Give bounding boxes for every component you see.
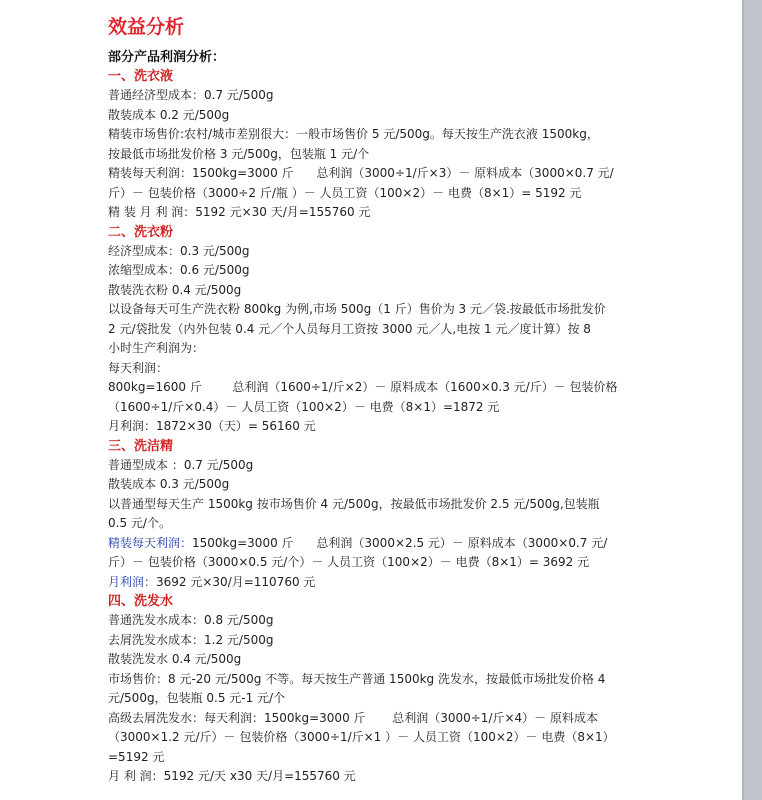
text-line: 每天利润： — [108, 359, 668, 379]
text-line: 月 利 润：5192 元/天 x30 天/月=155760 元 — [108, 767, 668, 787]
text-line: 浓缩型成本：0.6 元/500g — [108, 261, 668, 281]
text-line: 精装市场售价:农村/城市差别很大：一般市场售价 5 元/500g。每天按生产洗衣… — [108, 125, 668, 145]
text-line: 散装洗衣粉 0.4 元/500g — [108, 281, 668, 301]
text-line: 斤）－ 包装价格（3000÷2 斤/瓶 ）－ 人员工资（100×2）－ 电费（8… — [108, 184, 668, 204]
text-line: 散装成本 0.3 元/500g — [108, 475, 668, 495]
section-heading: 一、洗衣液 — [108, 67, 668, 86]
text-line: 按最低市场批发价格 3 元/500g，包装瓶 1 元/个 — [108, 145, 668, 165]
section-washing-powder: 二、洗衣粉 经济型成本：0.3 元/500g 浓缩型成本：0.6 元/500g … — [108, 223, 668, 437]
text-line: 800kg=1600 斤 总利润（1600÷1/斤×2）－ 原料成本（1600×… — [108, 378, 668, 398]
daily-profit-line: 精装每天利润：1500kg=3000 斤 总利润（3000×2.5 元）－ 原料… — [108, 534, 668, 554]
text-line: 散装成本 0.2 元/500g — [108, 106, 668, 126]
page-title: 效益分析 — [108, 12, 668, 42]
monthly-profit-line: 月利润：3692 元×30/月=110760 元 — [108, 573, 668, 593]
section-heading: 二、洗衣粉 — [108, 223, 668, 242]
section-dish-detergent: 三、洗洁精 普通型成本 ：0.7 元/500g 散装成本 0.3 元/500g … — [108, 437, 668, 593]
daily-profit-text: 1500kg=3000 斤 总利润（3000×2.5 元）－ 原料成本（3000… — [192, 536, 607, 550]
text-line: 月利润：1872×30（天）= 56160 元 — [108, 417, 668, 437]
text-line: 散装洗发水 0.4 元/500g — [108, 650, 668, 670]
section-heading: 三、洗洁精 — [108, 437, 668, 456]
text-line: 0.5 元/个。 — [108, 514, 668, 534]
vertical-scrollbar[interactable] — [742, 0, 762, 800]
document-page: 效益分析 部分产品利润分析： 一、洗衣液 普通经济型成本：0.7 元/500g … — [0, 0, 742, 800]
text-line: 去屑洗发水成本：1.2 元/500g — [108, 631, 668, 651]
text-line: （3000×1.2 元/斤）－ 包装价格（3000÷1/斤×1 ）－ 人员工资（… — [108, 728, 668, 748]
text-line: 以普通型每天生产 1500kg 按市场售价 4 元/500g，按最低市场批发价 … — [108, 495, 668, 515]
daily-profit-label: 精装每天利润： — [108, 536, 192, 550]
monthly-profit-label: 月利润： — [108, 575, 156, 589]
text-line: =5192 元 — [108, 748, 668, 768]
text-line: 高级去屑洗发水：每天利润：1500kg=3000 斤 总利润（3000÷1/斤×… — [108, 709, 668, 729]
text-line: 普通洗发水成本：0.8 元/500g — [108, 611, 668, 631]
text-line: 以设备每天可生产洗衣粉 800kg 为例,市场 500g（1 斤）售价为 3 元… — [108, 300, 668, 320]
text-line: （1600÷1/斤×0.4）－ 人员工资（100×2）－ 电费（8×1）=187… — [108, 398, 668, 418]
section-shampoo: 四、洗发水 普通洗发水成本：0.8 元/500g 去屑洗发水成本：1.2 元/5… — [108, 592, 668, 787]
document-subtitle: 部分产品利润分析： — [108, 48, 668, 67]
text-line: 普通型成本 ：0.7 元/500g — [108, 456, 668, 476]
text-line: 2 元/袋批发（内外包装 0.4 元／个人员每月工资按 3000 元／人,电按 … — [108, 320, 668, 340]
text-line: 精 装 月 利 润：5192 元×30 天/月=155760 元 — [108, 203, 668, 223]
monthly-profit-value: 3692 元×30/月=110760 元 — [156, 575, 315, 589]
text-line: 普通经济型成本：0.7 元/500g — [108, 86, 668, 106]
document-content: 效益分析 部分产品利润分析： 一、洗衣液 普通经济型成本：0.7 元/500g … — [108, 12, 668, 787]
text-line: 精装每天利润：1500kg=3000 斤 总利润（3000÷1/斤×3）－ 原料… — [108, 164, 668, 184]
text-line: 小时生产利润为： — [108, 339, 668, 359]
section-laundry-liquid: 一、洗衣液 普通经济型成本：0.7 元/500g 散装成本 0.2 元/500g… — [108, 67, 668, 223]
text-line: 元/500g，包装瓶 0.5 元-1 元/个 — [108, 689, 668, 709]
text-line: 市场售价：8 元-20 元/500g 不等。每天按生产普通 1500kg 洗发水… — [108, 670, 668, 690]
text-line: 经济型成本：0.3 元/500g — [108, 242, 668, 262]
section-heading: 四、洗发水 — [108, 592, 668, 611]
text-line: 斤）－ 包装价格（3000×0.5 元/个）－ 人员工资（100×2）－ 电费（… — [108, 553, 668, 573]
